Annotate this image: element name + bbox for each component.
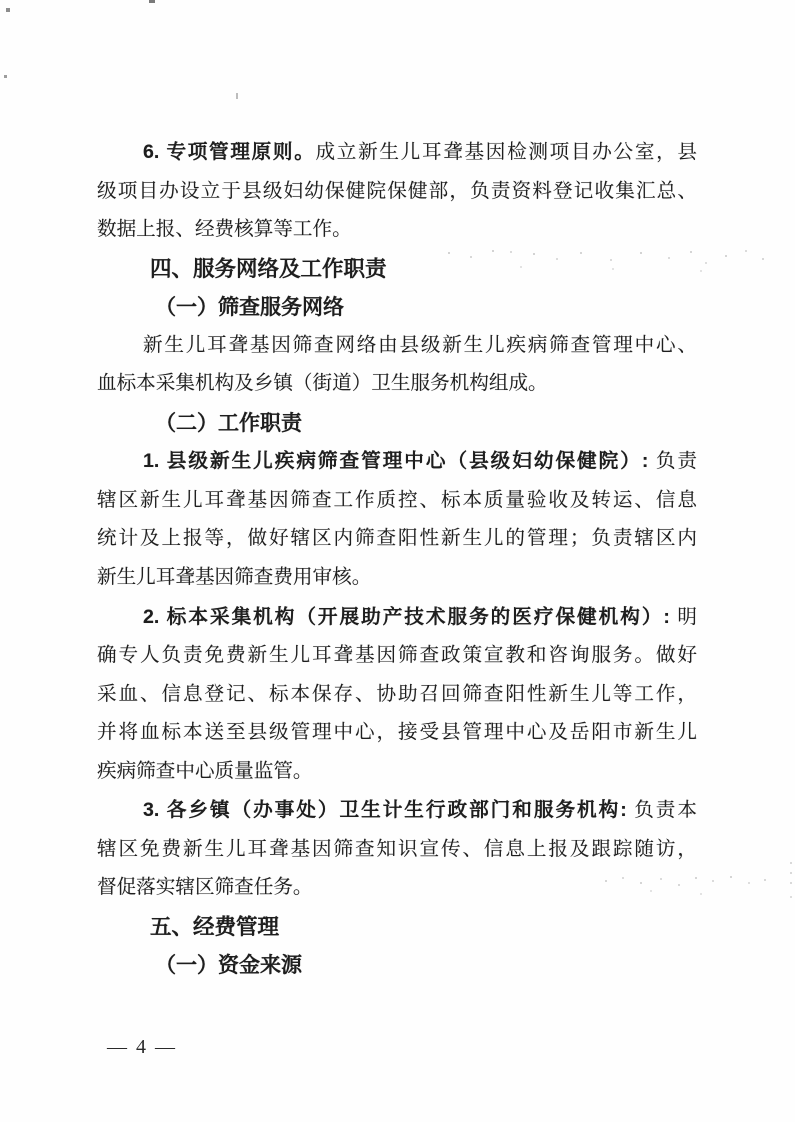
text-line: 并将血标本送至县级管理中心，接受县管理中心及岳阳市新生儿 — [97, 714, 697, 753]
text-line: 疾病筛查中心质量监管。 — [97, 753, 697, 792]
text-segment: 级项目办设立于县级妇幼保健院保健部，负责资料登记收集汇总、 — [97, 181, 697, 202]
text-line: （二）工作职责 — [97, 404, 697, 443]
paragraph: 6. 专项管理原则。成立新生儿耳聋基因检测项目办公室，县级项目办设立于县级妇幼保… — [97, 133, 697, 250]
scan-artifact-dot — [236, 93, 238, 99]
text-segment: 血标本采集机构及乡镇（街道）卫生服务机构组成。 — [97, 373, 548, 394]
bold-text-segment: 6. 专项管理原则。 — [143, 141, 316, 163]
heading-major: 四、服务网络及工作职责 — [97, 250, 697, 289]
text-line: 2. 标本采集机构（开展助产技术服务的医疗保健机构）: 明 — [97, 598, 697, 638]
text-line: 督促落实辖区筛查任务。 — [97, 869, 697, 908]
text-segment: 辖区免费新生儿耳聋基因筛查知识宣传、信息上报及跟踪随访， — [97, 839, 697, 860]
text-line: 数据上报、经费核算等工作。 — [97, 211, 697, 250]
bold-text-segment: （二）工作职责 — [155, 411, 302, 435]
text-line: 新生儿耳聋基因筛查费用审核。 — [97, 559, 697, 598]
bold-text-segment: 1. 县级新生儿疾病筛查管理中心（县级妇幼保健院）: — [143, 450, 656, 472]
page-number: — 4 — — [107, 1036, 177, 1059]
text-segment: 疾病筛查中心质量监管。 — [97, 761, 313, 782]
text-segment: 新生儿耳聋基因筛查网络由县级新生儿疾病筛查管理中心、 — [143, 335, 697, 356]
text-segment: 督促落实辖区筛查任务。 — [97, 877, 313, 898]
text-line: 采血、信息登记、标本保存、协助召回筛查阳性新生儿等工作， — [97, 676, 697, 715]
text-line: （一）筛查服务网络 — [97, 288, 697, 327]
text-line: 新生儿耳聋基因筛查网络由县级新生儿疾病筛查管理中心、 — [97, 327, 697, 366]
bold-text-segment: 四、服务网络及工作职责 — [150, 257, 387, 281]
text-line: 6. 专项管理原则。成立新生儿耳聋基因检测项目办公室，县 — [97, 133, 697, 173]
text-line: 辖区免费新生儿耳聋基因筛查知识宣传、信息上报及跟踪随访， — [97, 831, 697, 870]
text-segment: 负责本 — [634, 800, 697, 821]
text-segment: 数据上报、经费核算等工作。 — [97, 219, 352, 240]
bold-text-segment: 2. 标本采集机构（开展助产技术服务的医疗保健机构）: — [143, 606, 677, 628]
text-segment: 确专人负责免费新生儿耳聋基因筛查政策宣教和咨询服务。做好 — [97, 645, 697, 666]
text-line: 血标本采集机构及乡镇（街道）卫生服务机构组成。 — [97, 365, 697, 404]
scan-artifact-dot — [6, 8, 10, 12]
text-segment: 明 — [677, 607, 697, 628]
text-segment: 新生儿耳聋基因筛查费用审核。 — [97, 567, 371, 588]
bold-text-segment: 五、经费管理 — [150, 915, 279, 939]
heading-major: 五、经费管理 — [97, 908, 697, 947]
heading-sub: （一）筛查服务网络 — [97, 288, 697, 327]
text-segment: 辖区新生儿耳聋基因筛查工作质控、标本质量验收及转运、信息 — [97, 490, 697, 511]
bold-text-segment: （一）筛查服务网络 — [155, 295, 344, 319]
text-segment: 统计及上报等，做好辖区内筛查阳性新生儿的管理；负责辖区内 — [97, 528, 697, 549]
text-line: 五、经费管理 — [97, 908, 697, 947]
scan-artifact-dot — [4, 75, 7, 78]
paragraph: 3. 各乡镇（办事处）卫生计生行政部门和服务机构: 负责本辖区免费新生儿耳聋基因… — [97, 791, 697, 908]
text-line: （一）资金来源 — [97, 946, 697, 985]
text-segment: 并将血标本送至县级管理中心，接受县管理中心及岳阳市新生儿 — [97, 722, 697, 743]
scan-noise-speckles — [0, 0, 2, 2]
document-body: 6. 专项管理原则。成立新生儿耳聋基因检测项目办公室，县级项目办设立于县级妇幼保… — [97, 133, 697, 985]
heading-sub: （一）资金来源 — [97, 946, 697, 985]
text-line: 辖区新生儿耳聋基因筛查工作质控、标本质量验收及转运、信息 — [97, 482, 697, 521]
text-line: 统计及上报等，做好辖区内筛查阳性新生儿的管理；负责辖区内 — [97, 520, 697, 559]
text-line: 3. 各乡镇（办事处）卫生计生行政部门和服务机构: 负责本 — [97, 791, 697, 831]
text-line: 级项目办设立于县级妇幼保健院保健部，负责资料登记收集汇总、 — [97, 173, 697, 212]
text-segment: 成立新生儿耳聋基因检测项目办公室，县 — [316, 142, 698, 163]
text-segment: 采血、信息登记、标本保存、协助召回筛查阳性新生儿等工作， — [97, 684, 697, 705]
heading-sub: （二）工作职责 — [97, 404, 697, 443]
scanned-document-page: 6. 专项管理原则。成立新生儿耳聋基因检测项目办公室，县级项目办设立于县级妇幼保… — [0, 0, 795, 1122]
paragraph: 1. 县级新生儿疾病筛查管理中心（县级妇幼保健院）: 负责辖区新生儿耳聋基因筛查… — [97, 442, 697, 597]
paragraph: 新生儿耳聋基因筛查网络由县级新生儿疾病筛查管理中心、血标本采集机构及乡镇（街道）… — [97, 327, 697, 404]
bold-text-segment: （一）资金来源 — [155, 953, 302, 977]
text-line: 四、服务网络及工作职责 — [97, 250, 697, 289]
text-line: 确专人负责免费新生儿耳聋基因筛查政策宣教和咨询服务。做好 — [97, 637, 697, 676]
text-segment: 负责 — [656, 451, 697, 472]
text-line: 1. 县级新生儿疾病筛查管理中心（县级妇幼保健院）: 负责 — [97, 442, 697, 482]
paragraph: 2. 标本采集机构（开展助产技术服务的医疗保健机构）: 明确专人负责免费新生儿耳… — [97, 598, 697, 792]
bold-text-segment: 3. 各乡镇（办事处）卫生计生行政部门和服务机构: — [143, 799, 634, 821]
scan-artifact-dot — [149, 0, 155, 3]
